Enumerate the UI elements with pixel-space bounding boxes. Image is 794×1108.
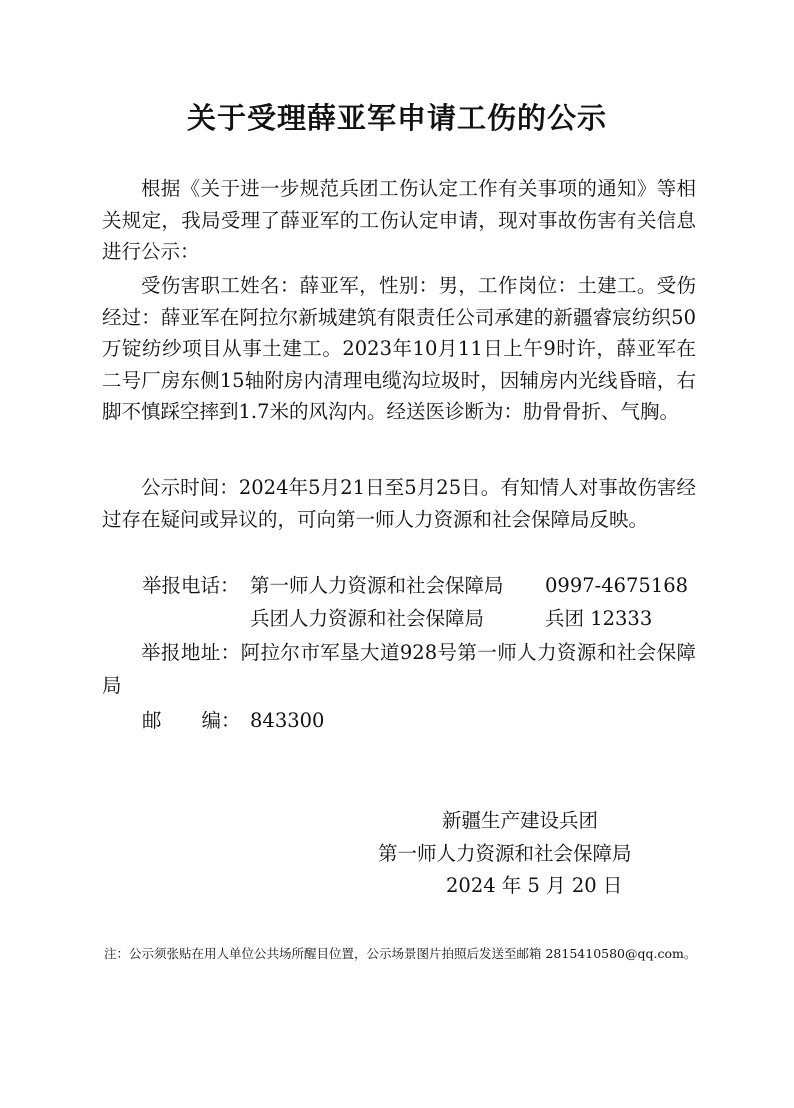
paragraph-text: 根据《关于进一步规范兵团工伤认定工作有关事项的通知》等相关规定，我局受理了薛亚军… (102, 173, 696, 268)
publicity-period-paragraph: 公示时间：2024年5月21日至5月25日。有知情人对事故伤害经过存在疑问或异议… (102, 472, 696, 535)
footnote: 注：公示须张贴在用人单位公共场所醒目位置，公示场景图片拍照后发送至邮箱 2815… (104, 944, 696, 964)
signature-org-line2: 第一师人力资源和社会保障局 (378, 838, 632, 870)
hotline-number: 0997-4675168 (545, 570, 688, 602)
zip-label-left: 邮 (142, 709, 162, 732)
report-address: 举报地址：阿拉尔市军垦大道928号第一师人力资源和社会保障局 (102, 636, 696, 702)
hotline-label: 举报电话： (142, 570, 240, 602)
injury-details-paragraph: 受伤害职工姓名：薛亚军，性别：男，工作岗位：土建工。受伤经过：薛亚军在阿拉尔新城… (102, 270, 696, 428)
paragraph-text: 受伤害职工姓名：薛亚军，性别：男，工作岗位：土建工。受伤经过：薛亚军在阿拉尔新城… (102, 270, 696, 428)
notice-page: 关于受理薛亚军申请工伤的公示 根据《关于进一步规范兵团工伤认定工作有关事项的通知… (0, 0, 794, 1108)
page-title: 关于受理薛亚军申请工伤的公示 (0, 96, 794, 140)
signature-date: 2024 年 5 月 20 日 (446, 870, 622, 902)
zip-label-right: 编： (202, 709, 241, 732)
zip-label: 邮编： (142, 705, 241, 737)
zip-value: 843300 (250, 705, 324, 737)
intro-paragraph: 根据《关于进一步规范兵团工伤认定工作有关事项的通知》等相关规定，我局受理了薛亚军… (102, 173, 696, 268)
hotline-number: 兵团 12333 (545, 603, 652, 635)
signature-org-line1: 新疆生产建设兵团 (442, 805, 598, 837)
paragraph-text: 公示时间：2024年5月21日至5月25日。有知情人对事故伤害经过存在疑问或异议… (102, 472, 696, 535)
hotline-org: 兵团人力资源和社会保障局 (250, 603, 484, 635)
hotline-org: 第一师人力资源和社会保障局 (250, 570, 504, 602)
